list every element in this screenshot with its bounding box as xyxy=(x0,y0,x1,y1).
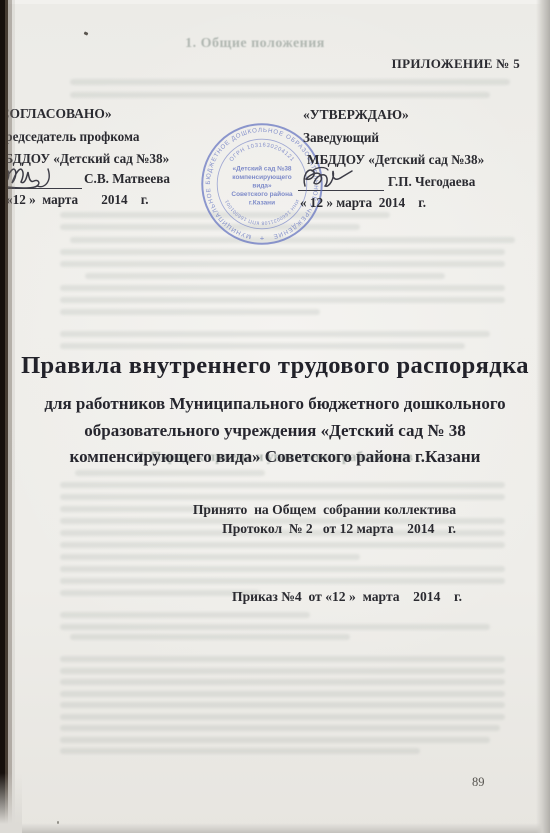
svg-text:г.Казани: г.Казани xyxy=(249,199,275,206)
scanned-document-page: 1. Общие положения 2. Порядок приема и у… xyxy=(0,0,550,833)
page-edge-top xyxy=(0,0,550,4)
svg-text:«Детский сад №38: «Детский сад №38 xyxy=(232,164,291,172)
ghost-text-line xyxy=(60,297,505,303)
svg-text:Советского района: Советского района xyxy=(231,190,293,198)
ghost-text-line xyxy=(75,470,265,476)
seal-plus-mark: + xyxy=(260,233,265,242)
ghost-text-line xyxy=(60,542,505,548)
page-edge-left-fade xyxy=(0,773,22,833)
ghost-text-line xyxy=(60,702,505,708)
agreed-role: Председатель профкома xyxy=(0,129,139,145)
signature-chegodaeva xyxy=(298,163,378,193)
ghost-text-line xyxy=(60,725,500,731)
approve-signer-name: Г.П. Чегодаева xyxy=(388,174,475,190)
ghost-text-line xyxy=(60,249,505,255)
ghost-text-line xyxy=(60,309,320,315)
ghost-heading-general: 1. Общие положения xyxy=(0,36,510,52)
ghost-text-line xyxy=(60,261,505,267)
ghost-text-line xyxy=(60,566,505,572)
ghost-text-line xyxy=(60,554,360,560)
page-edge-bottom xyxy=(0,823,550,833)
ghost-text-line xyxy=(85,273,445,279)
page-edge-left xyxy=(0,0,18,833)
adoption-block: Принято на Общем собрании коллектива Про… xyxy=(193,500,456,538)
adoption-line1: Принято на Общем собрании коллектива xyxy=(193,502,456,517)
ghost-text-line xyxy=(60,668,505,674)
approve-date: « 12 » марта 2014 г. xyxy=(300,195,426,211)
ghost-text-line xyxy=(60,748,420,754)
document-subtitle-line2: образовательного учреждения «Детский сад… xyxy=(0,421,550,441)
seal-center-text: «Детский сад №38 компенсирующего вида» С… xyxy=(231,164,293,206)
approve-heading: «УТВЕРЖДАЮ» xyxy=(303,107,409,123)
adoption-line2: Протокол № 2 от 12 марта 2014 г. xyxy=(222,521,456,536)
document-subtitle-line1: для работников Муниципального бюджетного… xyxy=(0,394,550,414)
ghost-text-line xyxy=(60,590,260,596)
ghost-text-line xyxy=(60,578,505,584)
ghost-text-line xyxy=(60,343,465,349)
page-number: 89 xyxy=(472,775,485,790)
ghost-text-line xyxy=(60,737,490,743)
svg-text:вида»: вида» xyxy=(252,182,272,189)
ghost-text-line xyxy=(60,679,505,685)
ghost-text-line xyxy=(60,656,505,662)
page-edge-right xyxy=(536,0,550,833)
appendix-label: ПРИЛОЖЕНИЕ № 5 xyxy=(392,56,520,72)
ghost-text-line xyxy=(70,92,490,98)
ghost-text-line xyxy=(60,612,310,618)
ghost-text-line xyxy=(70,79,510,85)
ghost-text-line xyxy=(60,714,505,720)
approve-role: Заведующий xyxy=(303,130,379,146)
order-line: Приказ №4 от «12 » марта 2014 г. xyxy=(232,589,462,605)
ghost-text-line xyxy=(60,482,505,488)
svg-text:компенсирующего: компенсирующего xyxy=(232,174,291,181)
document-title: Правила внутреннего трудового распорядка xyxy=(0,352,550,380)
ghost-text-line xyxy=(60,331,490,337)
agreed-signer-name: С.В. Матвеева xyxy=(84,171,170,187)
ghost-text-line xyxy=(60,285,505,291)
agreed-date: «12 » марта 2014 г. xyxy=(6,192,149,208)
document-subtitle-line3: компенсирующего вида» Советского района … xyxy=(0,447,550,467)
ghost-text-line xyxy=(70,634,350,640)
ghost-text-line xyxy=(60,691,505,697)
ghost-text-line xyxy=(60,624,490,630)
